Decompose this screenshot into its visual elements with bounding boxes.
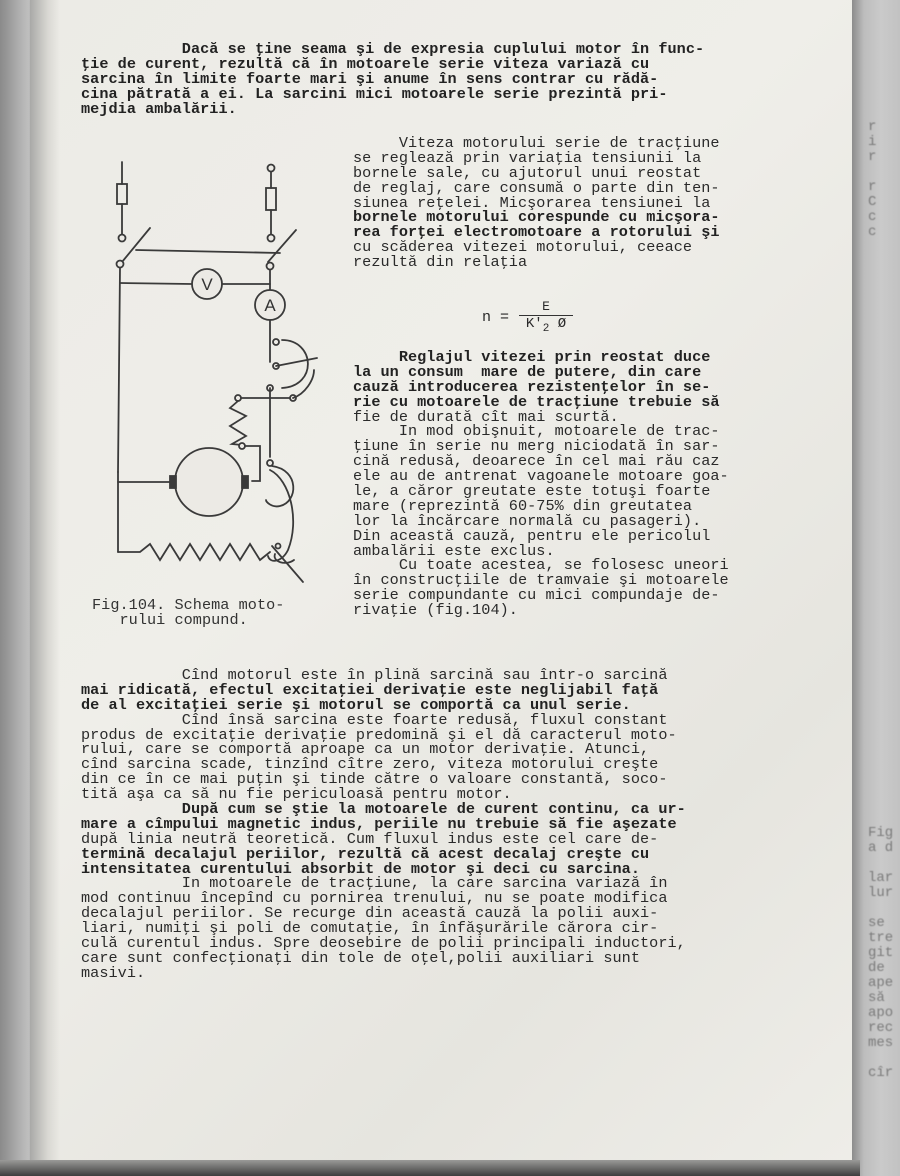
denominator-base: K' xyxy=(526,316,543,332)
series-field-winding-icon xyxy=(118,544,270,560)
intro-line: mejdia ambalării. xyxy=(81,102,704,117)
adjacent-page-edge: r i r r C c c Fig a d lar lur se tre git… xyxy=(852,0,900,1176)
right-top-line: rezultă din relaţia xyxy=(353,255,720,270)
caption-line: rului compund. xyxy=(92,613,284,628)
ammeter-icon: A xyxy=(255,290,285,320)
fuse-left-icon xyxy=(117,162,127,242)
figure-caption: Fig.104. Schema moto- rului compund. xyxy=(92,598,284,628)
intro-paragraph: Dacă se ţine seama şi de expresia cuplul… xyxy=(81,42,704,116)
lower-line: masivi. xyxy=(81,966,686,981)
right-column-top-text: Viteza motorului serie de tracţiunese re… xyxy=(353,136,720,270)
formula-fraction: E K'2 Ø xyxy=(519,300,573,336)
speed-formula: n = E K'2 Ø xyxy=(482,300,573,336)
right-column-bottom-text: Reglajul vitezei prin reostat ducela un … xyxy=(353,350,729,618)
page-bottom-shadow xyxy=(0,1160,860,1176)
formula-numerator: E xyxy=(542,300,550,314)
denominator-flux: Ø xyxy=(549,316,566,332)
adjacent-page-fragment-lower: Fig a d lar lur se tre git de ape să apo… xyxy=(868,826,893,1081)
voltmeter-icon: V xyxy=(192,269,222,299)
svg-text:V: V xyxy=(201,275,213,294)
lower-body-text: Cînd motorul este în plină sarcină sau î… xyxy=(81,668,686,981)
formula-lhs: n = xyxy=(482,309,509,326)
armature-icon xyxy=(118,448,248,516)
adjacent-page-fragment-upper: r i r r C c c xyxy=(868,120,876,240)
svg-text:A: A xyxy=(264,296,276,315)
series-field-regulator-icon xyxy=(266,460,303,582)
fuse-right-icon xyxy=(266,165,276,242)
formula-denominator: K'2 Ø xyxy=(526,317,566,336)
right-bottom-line: rivaţie (fig.104). xyxy=(353,603,729,618)
lower-line: care sunt confecţionaţi din tole de oţel… xyxy=(81,951,686,966)
compound-motor-circuit-diagram: V A xyxy=(100,150,330,590)
